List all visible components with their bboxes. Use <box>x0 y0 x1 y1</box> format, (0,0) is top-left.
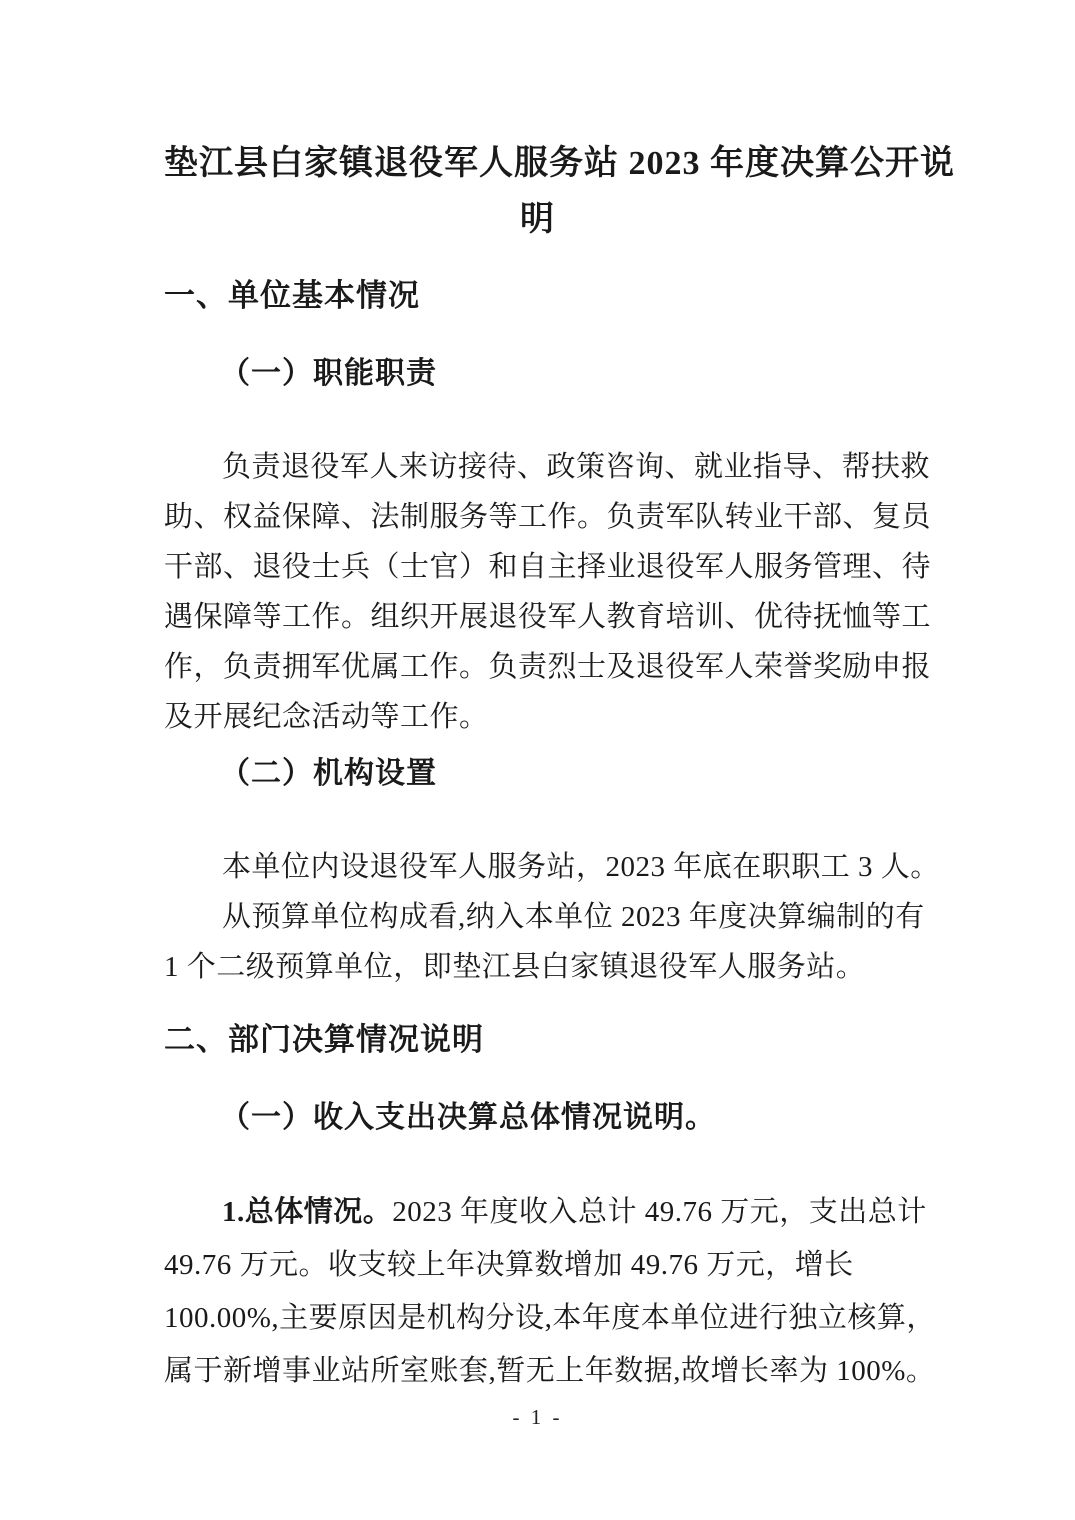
section-1-sub-1-heading: （一）职能职责 <box>164 356 911 392</box>
org-setup-paragraph-2: 从预算单位构成看,纳入本单位 2023 年度决算编制的有 1 个二级预算单位，即… <box>164 892 911 992</box>
paragraph-line: 干部、退役士兵（士官）和自主择业退役军人服务管理、待 <box>164 542 911 592</box>
paragraph-line: 作，负责拥军优属工作。负责烈士及退役军人荣誉奖励申报 <box>164 642 911 692</box>
title-line-1: 垫江县白家镇退役军人服务站 2023 年度决算公开说 <box>164 136 911 192</box>
item-1-label: 1.总体情况。 <box>222 1196 392 1228</box>
title-line-2: 明 <box>164 192 911 248</box>
paragraph-line: 49.76 万元。收支较上年决算数增加 49.76 万元，增长 <box>164 1239 911 1292</box>
section-1-sub-2-heading: （二）机构设置 <box>164 756 911 792</box>
duties-paragraph: 负责退役军人来访接待、政策咨询、就业指导、帮扶救 助、权益保障、法制服务等工作。… <box>164 442 911 742</box>
paragraph-line: 从预算单位构成看,纳入本单位 2023 年度决算编制的有 <box>164 892 911 942</box>
section-1-heading: 一、单位基本情况 <box>164 278 911 314</box>
paragraph-line: 助、权益保障、法制服务等工作。负责军队转业干部、复员 <box>164 492 911 542</box>
paragraph-line: 遇保障等工作。组织开展退役军人教育培训、优待抚恤等工 <box>164 592 911 642</box>
org-setup-paragraph-1: 本单位内设退役军人服务站，2023 年底在职职工 3 人。 <box>164 842 911 892</box>
document-title: 垫江县白家镇退役军人服务站 2023 年度决算公开说 明 <box>164 0 911 248</box>
section-2-heading: 二、部门决算情况说明 <box>164 1022 911 1058</box>
paragraph-line: 1 个二级预算单位，即垫江县白家镇退役军人服务站。 <box>164 942 911 992</box>
section-2-sub-1-heading: （一）收入支出决算总体情况说明。 <box>164 1100 911 1136</box>
paragraph-line: 1.总体情况。2023 年度收入总计 49.76 万元，支出总计 <box>164 1186 911 1239</box>
paragraph-line: 负责退役军人来访接待、政策咨询、就业指导、帮扶救 <box>164 442 911 492</box>
document-page: 垫江县白家镇退役军人服务站 2023 年度决算公开说 明 一、单位基本情况 （一… <box>0 0 1075 1520</box>
overall-situation-paragraph: 1.总体情况。2023 年度收入总计 49.76 万元，支出总计 49.76 万… <box>164 1186 911 1398</box>
paragraph-line: 属于新增事业站所室账套,暂无上年数据,故增长率为 100%。 <box>164 1345 911 1398</box>
paragraph-line: 及开展纪念活动等工作。 <box>164 692 911 742</box>
paragraph-line: 本单位内设退役军人服务站，2023 年底在职职工 3 人。 <box>164 842 911 892</box>
page-footer: - 1 - <box>0 1405 1075 1430</box>
paragraph-line: 100.00%,主要原因是机构分设,本年度本单位进行独立核算， <box>164 1292 911 1345</box>
item-1-text: 2023 年度收入总计 49.76 万元，支出总计 <box>392 1196 927 1228</box>
page-number: - 1 - <box>513 1405 563 1429</box>
